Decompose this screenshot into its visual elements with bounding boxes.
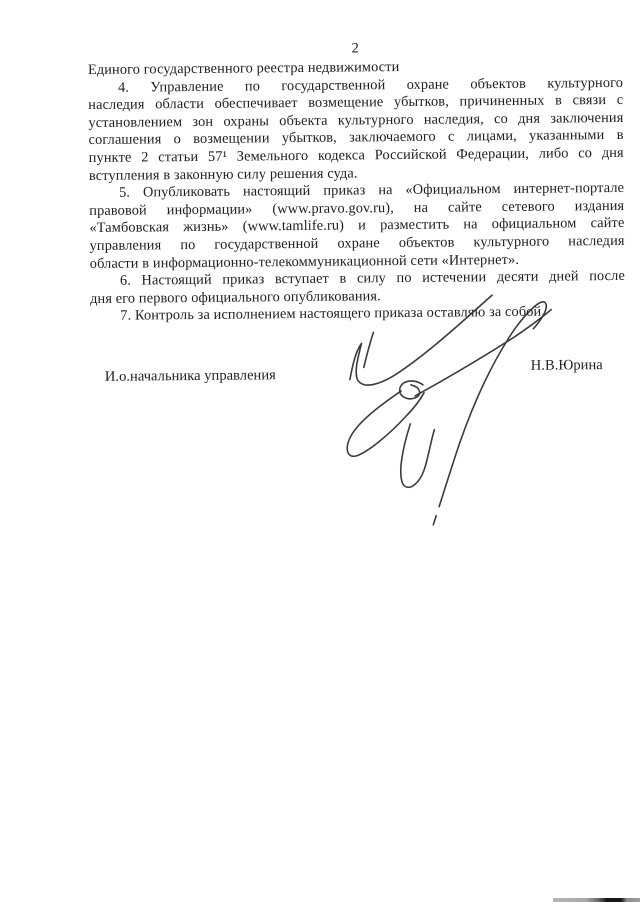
printed-content: 2 Единого государственного реестра недви…: [0, 0, 640, 905]
scanned-document-page: 2 Единого государственного реестра недви…: [0, 0, 640, 905]
signer-title: И.о.начальника управления: [105, 367, 276, 386]
scanner-edge-artifact: [553, 898, 640, 902]
signature-icon: [332, 280, 564, 527]
